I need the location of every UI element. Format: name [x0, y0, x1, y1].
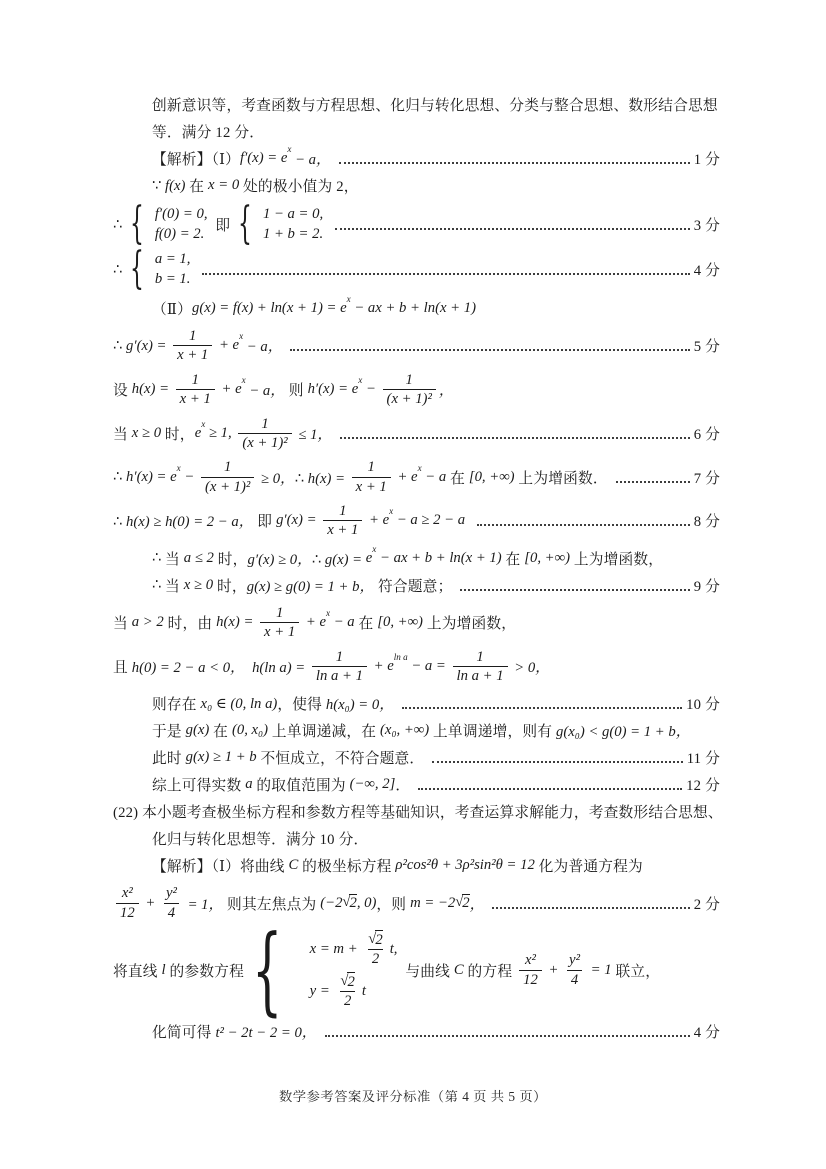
- exponent: x: [239, 331, 243, 341]
- math-run: ∴ h(x) ≥ h(0) = 2 − a，: [113, 510, 253, 531]
- fraction-denominator: (x + 1)²: [383, 389, 436, 408]
- fraction: √22: [364, 930, 386, 969]
- math-run: a > 2: [132, 614, 164, 631]
- score-label: 7 分: [694, 467, 720, 488]
- math-run: ，: [439, 379, 454, 400]
- text-run: 符合题意；: [374, 575, 452, 596]
- fraction-numerator: 1: [272, 604, 287, 622]
- fraction-numerator: 1: [402, 371, 417, 389]
- solution-line: （Ⅱ）g(x) = f(x) + ln(x + 1) = ex − ax + b…: [152, 296, 720, 321]
- math-run: ∴: [152, 576, 165, 594]
- math-run: g′(x) =: [276, 512, 320, 529]
- radicand: 2: [347, 972, 354, 991]
- math-run: +: [365, 512, 382, 529]
- text-run: 联立，: [612, 960, 661, 981]
- cases-row: a = 1,: [155, 251, 191, 268]
- solution-line: ∴ {f′(0) = 0,f(0) = 2. 即 {1 − a = 0,1 + …: [113, 206, 720, 243]
- score-label: 9 分: [694, 575, 720, 596]
- text-run: 【解析】（Ⅰ）将曲线: [152, 855, 289, 876]
- math-run: x = 0: [208, 177, 239, 194]
- solution-line: 当 x ≥ 0 时，ex ≥ 1, 1(x + 1)² ≤ 1，6 分: [113, 415, 720, 453]
- text-run: 且: [113, 656, 132, 677]
- math-run: x₀ ∈ (0, ln a): [201, 695, 278, 713]
- radicand: 2: [349, 894, 356, 912]
- exponent-expression: ex: [281, 150, 292, 167]
- fraction: 1x + 1: [176, 371, 215, 409]
- math-run: h(x) =: [132, 381, 173, 398]
- math-run: 1 + b = 2.: [263, 226, 323, 243]
- solution-line: ∵ f(x) 在 x = 0 处的极小值为 2，: [152, 173, 720, 198]
- text-run: 不恒成立，不符合题意．: [257, 747, 425, 768]
- radicand: 2: [375, 930, 382, 949]
- math-run: ∴: [152, 549, 165, 567]
- text-run: 此时: [152, 747, 186, 768]
- left-brace: {: [252, 933, 282, 1008]
- exponent: x: [242, 375, 246, 385]
- text-run: 将直线: [113, 960, 162, 981]
- exponent: ln a: [394, 652, 408, 662]
- fraction-denominator: 12: [519, 970, 542, 989]
- math-run: = 1，: [184, 893, 223, 914]
- exponent: x: [418, 463, 422, 473]
- exponent: x: [177, 463, 181, 473]
- text-run: 上为增函数，: [570, 548, 663, 569]
- dot-leader: [335, 219, 690, 230]
- solution-line: 综上可得实数 a 的取值范围为 (−∞, 2]．12 分: [152, 772, 720, 797]
- fraction: x²12: [519, 951, 542, 989]
- text-run: 则其左焦点为: [223, 893, 320, 914]
- text-run: 时，: [214, 548, 248, 569]
- solution-line: 当 a > 2 时，由 h(x) = 1x + 1 + ex − a 在 [0,…: [113, 604, 720, 642]
- cases-row: x = m + √22t,: [310, 930, 398, 969]
- math-run: [0, +∞): [469, 469, 515, 486]
- math-run: (−2: [320, 895, 342, 912]
- math-run: g(x): [186, 722, 210, 739]
- fraction: 1x + 1: [323, 502, 362, 540]
- left-brace: {: [238, 207, 252, 241]
- math-run: +: [545, 962, 562, 979]
- solution-line: ∴ 当 a ≤ 2 时，g′(x) ≥ 0，∴ g(x) = ex − ax +…: [152, 546, 720, 571]
- text-run: 等．满分 12 分．: [152, 121, 264, 142]
- square-root: √2: [340, 972, 354, 991]
- math-run: x ≥ 0: [132, 425, 161, 442]
- dot-leader: [418, 779, 682, 790]
- text-run: 【解析】（Ⅰ）: [152, 148, 240, 169]
- cases-system: {f′(0) = 0,f(0) = 2.: [130, 206, 207, 243]
- fraction-denominator: (x + 1)²: [201, 477, 254, 496]
- fraction-numerator: 1: [257, 415, 272, 433]
- fraction-denominator: 4: [164, 903, 179, 922]
- text-run: 在: [355, 612, 378, 633]
- cases-row: f′(0) = 0,: [155, 206, 208, 223]
- text-run: 上为增函数，: [423, 612, 516, 633]
- math-run: ≤ 1，: [295, 423, 332, 444]
- score-label: 2 分: [694, 893, 720, 914]
- solution-line: 且 h(0) = 2 − a < 0， h(ln a) = 1ln a + 1 …: [113, 648, 720, 686]
- math-run: ρ²cos²θ + 3ρ²sin²θ = 12: [395, 857, 534, 874]
- math-run: − a: [422, 469, 447, 486]
- math-run: − a，: [291, 148, 330, 169]
- text-run: （Ⅱ）: [152, 298, 192, 319]
- exponent-expression: ex: [366, 550, 377, 567]
- exponent-expression: ex: [195, 425, 206, 442]
- solution-line: x²12 + y²4 = 1， 则其左焦点为 (−2√2, 0)，则 m = −…: [113, 884, 720, 922]
- math-run: g(x) = f(x) + ln(x + 1) =: [192, 300, 340, 317]
- exam-answer-page: 创新意识等，考查函数与方程思想、化归与转化思想、分类与整合思想、数形结合思想等．…: [0, 0, 826, 1169]
- fraction-numerator: 1: [220, 458, 235, 476]
- text-run: 当: [113, 423, 132, 444]
- page-footer: 数学参考答案及评分标准（第 4 页 共 5 页）: [0, 1086, 826, 1105]
- math-run: − a，: [243, 335, 282, 356]
- solution-line: 化归与转化思想等．满分 10 分．: [152, 826, 720, 851]
- math-run: +: [142, 895, 159, 912]
- math-run: − a =: [408, 658, 450, 675]
- dot-leader: [325, 1025, 690, 1036]
- solution-line: 【解析】（Ⅰ）f′(x) = ex − a，1 分: [152, 146, 720, 171]
- dot-leader: [460, 580, 689, 591]
- fraction: 1(x + 1)²: [383, 371, 436, 409]
- fraction-denominator: x + 1: [323, 520, 362, 539]
- cases-row: b = 1.: [155, 271, 191, 288]
- math-run: 1 − a = 0,: [263, 206, 323, 223]
- exponent-expression: ex: [411, 469, 422, 486]
- text-run: 综上可得实数: [152, 774, 245, 795]
- math-run: ∴: [113, 261, 126, 279]
- exponent-expression: ex: [383, 512, 394, 529]
- cases-row: 1 − a = 0,: [263, 206, 323, 223]
- math-run: f′(0) = 0,: [155, 206, 208, 223]
- solution-line: 将直线 l 的参数方程 {x = m + √22t,y = √22t 与曲线 C…: [113, 930, 720, 1011]
- math-run: ∵ f(x): [152, 177, 185, 195]
- solution-line: 于是 g(x) 在 (0, x₀) 上单调递减，在 (x₀, +∞) 上单调递增…: [152, 718, 720, 743]
- text-run: 在: [185, 175, 208, 196]
- fraction: 1x + 1: [352, 458, 391, 496]
- text-run: 于是: [152, 720, 186, 741]
- text-run: 即: [253, 510, 276, 531]
- score-label: 5 分: [694, 335, 720, 356]
- text-run: 当: [165, 575, 184, 596]
- exponent-expression: ex: [233, 337, 244, 354]
- math-run: b = 1.: [155, 271, 191, 288]
- cases-row: y = √22t: [310, 972, 398, 1011]
- score-label: 4 分: [694, 1021, 720, 1042]
- square-root: √2: [342, 894, 356, 912]
- score-label: 10 分: [686, 693, 720, 714]
- math-run: (0, x₀): [232, 722, 268, 739]
- math-run: − a ≥ 2 − a: [393, 512, 469, 529]
- exponent: x: [201, 419, 205, 429]
- math-run: −: [181, 469, 198, 486]
- solution-line: ∴ {a = 1,b = 1.4 分: [113, 251, 720, 288]
- math-run: −: [362, 381, 379, 398]
- math-run: ≥ 1,: [205, 425, 235, 442]
- math-run: g′(x) ≥ 0，∴ g(x) =: [248, 548, 366, 569]
- score-label: 12 分: [686, 774, 720, 795]
- math-run: a = 1,: [155, 251, 191, 268]
- math-run: ≥ 0，∴ h(x) =: [257, 467, 348, 488]
- score-label: 1 分: [694, 148, 720, 169]
- math-run: − ax + b + ln(x + 1): [376, 550, 501, 567]
- math-run: ，: [470, 893, 485, 914]
- solution-line: 化简可得 t² − 2t − 2 = 0，4 分: [152, 1019, 720, 1044]
- math-run: [0, +∞): [377, 614, 423, 631]
- math-run: − ax + b + ln(x + 1): [351, 300, 476, 317]
- math-run: h(0) = 2 − a < 0， h(ln a) =: [132, 656, 309, 677]
- cases-row: f(0) = 2.: [155, 226, 208, 243]
- solution-line: 此时 g(x) ≥ 1 + b 不恒成立，不符合题意．11 分: [152, 745, 720, 770]
- fraction: y²4: [162, 884, 181, 922]
- fraction: √22: [336, 972, 358, 1011]
- dot-leader: [402, 698, 682, 709]
- text-run: 则存在: [152, 693, 201, 714]
- fraction-denominator: ln a + 1: [453, 666, 508, 685]
- text-run: 时，: [213, 575, 247, 596]
- text-run: 设: [113, 379, 132, 400]
- score-label: 6 分: [694, 423, 720, 444]
- text-run: 创新意识等，考查函数与方程思想、化归与转化思想、分类与整合思想、数形结合思想: [152, 94, 718, 115]
- math-run: h(x) =: [216, 614, 257, 631]
- text-run: 化为普通方程为: [535, 855, 643, 876]
- dot-leader: [340, 428, 690, 439]
- cases-rows: f′(0) = 0,f(0) = 2.: [155, 206, 208, 243]
- math-run: ∴ h′(x) =: [113, 468, 170, 486]
- text-run: 即: [212, 214, 235, 235]
- math-run: x ≥ 0: [184, 577, 213, 594]
- exponent-expression: ex: [352, 381, 363, 398]
- score-label: 3 分: [694, 214, 720, 235]
- math-run: f(0) = 2.: [155, 226, 204, 243]
- exponent: x: [326, 608, 330, 618]
- score-label: 8 分: [694, 510, 720, 531]
- solution-content: 创新意识等，考查函数与方程思想、化归与转化思想、分类与整合思想、数形结合思想等．…: [0, 0, 826, 1044]
- dot-leader: [202, 264, 689, 275]
- fraction-denominator: 4: [567, 970, 582, 989]
- text-run: ，则: [376, 893, 410, 914]
- fraction-numerator: y²: [565, 951, 584, 969]
- solution-line: 创新意识等，考查函数与方程思想、化归与转化思想、分类与整合思想、数形结合思想: [152, 92, 720, 117]
- math-run: C: [454, 962, 464, 979]
- math-run: y =: [310, 983, 334, 1000]
- dot-leader: [432, 752, 682, 763]
- radicand: 2: [462, 894, 469, 912]
- text-run: ，使得: [277, 693, 326, 714]
- fraction: y²4: [565, 951, 584, 989]
- cases-row: 1 + b = 2.: [263, 226, 323, 243]
- left-brace: {: [130, 252, 144, 286]
- math-run: C: [289, 857, 299, 874]
- solution-line: 等．满分 12 分．: [152, 119, 720, 144]
- dot-leader: [290, 340, 689, 351]
- exponent-expression: ex: [319, 614, 330, 631]
- math-run: +: [370, 658, 387, 675]
- fraction-numerator: 1: [332, 648, 347, 666]
- exponent: x: [287, 144, 291, 154]
- dot-leader: [339, 153, 690, 164]
- exponent-expression: ex: [235, 381, 246, 398]
- fraction-denominator: x + 1: [173, 345, 212, 364]
- fraction: 1ln a + 1: [453, 648, 508, 686]
- text-run: 的方程: [464, 960, 516, 981]
- solution-line: 设 h(x) = 1x + 1 + ex − a， 则 h′(x) = ex −…: [113, 371, 720, 409]
- math-run: ∴: [113, 216, 126, 234]
- text-run: 当: [165, 548, 184, 569]
- fraction-numerator: √2: [364, 930, 386, 949]
- exponent: x: [372, 544, 376, 554]
- solution-line: 【解析】（Ⅰ）将曲线 C 的极坐标方程 ρ²cos²θ + 3ρ²sin²θ =…: [152, 853, 720, 878]
- text-run: 化简可得: [152, 1021, 215, 1042]
- text-run: 时，: [161, 423, 195, 444]
- text-run: ．: [395, 774, 410, 795]
- math-run: h(x₀) = 0，: [326, 693, 394, 714]
- math-run: +: [218, 381, 235, 398]
- fraction-denominator: (x + 1)²: [238, 433, 291, 452]
- solution-line: ∴ h(x) ≥ h(0) = 2 − a， 即 g′(x) = 1x + 1 …: [113, 502, 720, 540]
- exponent: x: [389, 506, 393, 516]
- fraction-numerator: 1: [472, 648, 487, 666]
- solution-line: ∴ h′(x) = ex − 1(x + 1)² ≥ 0，∴ h(x) = 1x…: [113, 458, 720, 496]
- math-run: x = m +: [310, 941, 362, 958]
- text-run: 在: [209, 720, 232, 741]
- math-run: [0, +∞): [524, 550, 570, 567]
- math-run: − a: [330, 614, 355, 631]
- exponent: x: [347, 294, 351, 304]
- text-run: 在: [502, 548, 525, 569]
- score-label: 11 分: [687, 747, 720, 768]
- fraction: 1ln a + 1: [312, 648, 367, 686]
- fraction: x²12: [116, 884, 139, 922]
- text-run: 上单调递减，在: [268, 720, 380, 741]
- math-run: g(x) ≥ g(0) = 1 + b，: [247, 575, 374, 596]
- fraction-denominator: 12: [116, 903, 139, 922]
- fraction: 1(x + 1)²: [238, 415, 291, 453]
- left-brace: {: [130, 207, 144, 241]
- math-run: t,: [390, 941, 398, 958]
- text-run: 上为增函数．: [515, 467, 608, 488]
- cases-system: {1 − a = 0,1 + b = 2.: [238, 206, 323, 243]
- text-run: 上单调递增，则有: [429, 720, 556, 741]
- fraction-numerator: 1: [364, 458, 379, 476]
- math-run: h′(x) =: [308, 381, 352, 398]
- square-root: √2: [455, 894, 469, 912]
- math-run: +: [215, 337, 232, 354]
- square-root: √2: [368, 930, 382, 949]
- solution-line: (22) 本小题考查极坐标方程和参数方程等基础知识，考查运算求解能力，考查数形结…: [113, 799, 720, 824]
- text-run: 化归与转化思想等．满分 10 分．: [152, 828, 368, 849]
- text-run: (22) 本小题考查极坐标方程和参数方程等基础知识，考查运算求解能力，考查数形结…: [113, 801, 723, 822]
- math-run: , 0): [357, 895, 377, 912]
- math-run: m = −2: [410, 895, 455, 912]
- dot-leader: [492, 898, 689, 909]
- text-run: 当: [113, 612, 132, 633]
- math-run: +: [302, 614, 319, 631]
- fraction-denominator: ln a + 1: [312, 666, 367, 685]
- cases-system: {a = 1,b = 1.: [130, 251, 190, 288]
- solution-line: ∴ g′(x) = 1x + 1 + ex − a，5 分: [113, 327, 720, 365]
- math-run: g(x₀) < g(0) = 1 + b，: [556, 720, 690, 741]
- fraction: 1(x + 1)²: [201, 458, 254, 496]
- exponent-expression: ex: [340, 300, 351, 317]
- math-run: a: [245, 776, 252, 793]
- fraction-numerator: 1: [335, 502, 350, 520]
- score-label: 4 分: [694, 259, 720, 280]
- fraction-numerator: x²: [118, 884, 137, 902]
- math-run: − a，: [246, 379, 285, 400]
- fraction-numerator: 1: [185, 327, 200, 345]
- text-run: 的参数方程: [166, 960, 248, 981]
- dot-leader: [477, 515, 690, 526]
- exponent-expression: ex: [170, 469, 181, 486]
- fraction-denominator: 2: [340, 991, 355, 1010]
- fraction-denominator: 2: [368, 949, 383, 968]
- text-run: 处的极小值为 2，: [239, 175, 359, 196]
- math-run: f′(x) =: [240, 150, 281, 167]
- math-run: g(x) ≥ 1 + b: [186, 749, 257, 766]
- math-run: (x₀, +∞): [380, 722, 429, 739]
- cases-system: {x = m + √22t,y = √22t: [252, 930, 398, 1011]
- dot-leader: [616, 472, 690, 483]
- math-run: a ≤ 2: [184, 550, 214, 567]
- fraction-denominator: x + 1: [176, 389, 215, 408]
- fraction-denominator: x + 1: [260, 622, 299, 641]
- fraction-denominator: x + 1: [352, 477, 391, 496]
- math-run: = 1: [587, 962, 612, 979]
- math-run: > 0，: [511, 656, 550, 677]
- text-run: 在: [446, 467, 469, 488]
- text-run: 的极坐标方程: [298, 855, 395, 876]
- fraction-numerator: x²: [521, 951, 540, 969]
- text-run: 时，由: [164, 612, 216, 633]
- text-run: 的取值范围为: [253, 774, 350, 795]
- cases-rows: 1 − a = 0,1 + b = 2.: [263, 206, 323, 243]
- cases-rows: x = m + √22t,y = √22t: [310, 930, 398, 1011]
- exponent: x: [358, 375, 362, 385]
- math-run: ∴ g′(x) =: [113, 337, 170, 355]
- cases-rows: a = 1,b = 1.: [155, 251, 191, 288]
- fraction-numerator: √2: [336, 972, 358, 991]
- solution-line: 则存在 x₀ ∈ (0, ln a)，使得 h(x₀) = 0，10 分: [152, 691, 720, 716]
- fraction: 1x + 1: [173, 327, 212, 365]
- fraction: 1x + 1: [260, 604, 299, 642]
- text-run: 与曲线: [401, 960, 453, 981]
- fraction-numerator: 1: [188, 371, 203, 389]
- solution-line: ∴ 当 x ≥ 0 时，g(x) ≥ g(0) = 1 + b， 符合题意；9 …: [152, 573, 720, 598]
- math-run: t: [362, 983, 366, 1000]
- fraction-numerator: y²: [162, 884, 181, 902]
- math-run: (−∞, 2]: [350, 776, 396, 793]
- math-run: +: [394, 469, 411, 486]
- exponent-expression: eln a: [387, 658, 407, 675]
- text-run: 则: [285, 379, 308, 400]
